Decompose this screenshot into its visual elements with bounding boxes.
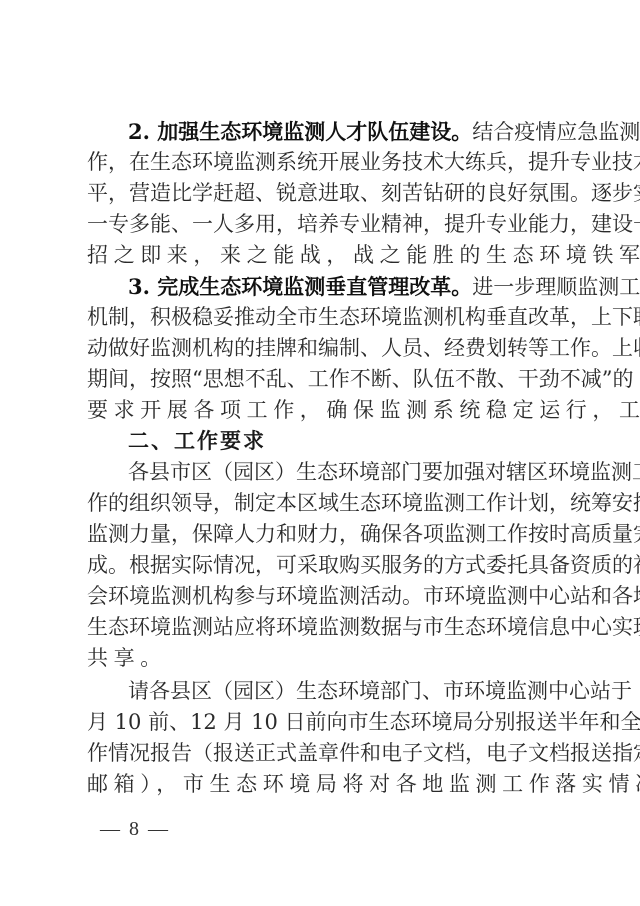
item-3-line-2: 机制，积极稳妥推动全市生态环境监测机构垂直改革，上下联	[87, 302, 553, 333]
requirements-line-6: 生态环境监测站应将环境监测数据与市生态环境信息中心实现	[87, 612, 553, 643]
requirements-line-3: 监测力量，保障人力和财力，确保各项监测工作按时高质量完	[87, 519, 553, 550]
item-3-line-5: 要求开展各项工作，确保监测系统稳定运行，工作顺畅开展。	[87, 395, 553, 426]
item-3-line-1: 3. 完成生态环境监测垂直管理改革。进一步理顺监测工作	[87, 271, 553, 302]
item-2-line-1: 2. 加强生态环境监测人才队伍建设。结合疫情应急监测工	[87, 116, 553, 147]
reporting-line-1: 请各县区（园区）生态环境部门、市环境监测中心站于 7	[87, 676, 553, 707]
item-2-line-2: 作，在生态环境监测系统开展业务技术大练兵，提升专业技术水	[87, 147, 553, 178]
reporting-line-4: 邮箱），市生态环境局将对各地监测工作落实情况进行调度。	[87, 769, 553, 800]
reporting-line-3: 作情况报告（报送正式盖章件和电子文档，电子文档报送指定	[87, 738, 553, 769]
document-body: 2. 加强生态环境监测人才队伍建设。结合疫情应急监测工 作，在生态环境监测系统开…	[87, 116, 553, 800]
item-2-line-3: 平，营造比学赶超、锐意进取、刻苦钻研的良好氛围。逐步实现	[87, 178, 553, 209]
requirements-line-4: 成。根据实际情况，可采取购买服务的方式委托具备资质的社	[87, 550, 553, 581]
item-2-line-4: 一专多能、一人多用，培养专业精神，提升专业能力，建设一支	[87, 209, 553, 240]
item-2-title: 2. 加强生态环境监测人才队伍建设。	[128, 119, 472, 144]
item-3-line-3: 动做好监测机构的挂牌和编制、人员、经费划转等工作。上收	[87, 333, 553, 364]
item-2-line-5: 招之即来，来之能战，战之能胜的生态环境铁军先锋队。	[87, 240, 553, 271]
reporting-line-2: 月 10 前、12 月 10 日前向市生态环境局分别报送半年和全年工	[87, 707, 553, 738]
section-heading: 二、工作要求	[87, 426, 553, 457]
page-number: — 8 —	[100, 818, 170, 841]
item-3-title: 3. 完成生态环境监测垂直管理改革。	[128, 274, 472, 299]
document-page: 2. 加强生态环境监测人才队伍建设。结合疫情应急监测工 作，在生态环境监测系统开…	[0, 0, 640, 906]
requirements-line-5: 会环境监测机构参与环境监测活动。市环境监测中心站和各地	[87, 581, 553, 612]
requirements-line-7: 共享。	[87, 643, 553, 674]
requirements-line-2: 作的组织领导，制定本区域生态环境监测工作计划，统筹安排	[87, 488, 553, 519]
item-3-line-4: 期间，按照“思想不乱、工作不断、队伍不散、干劲不减”的	[87, 364, 553, 395]
requirements-line-1: 各县市区（园区）生态环境部门要加强对辖区环境监测工	[87, 457, 553, 488]
